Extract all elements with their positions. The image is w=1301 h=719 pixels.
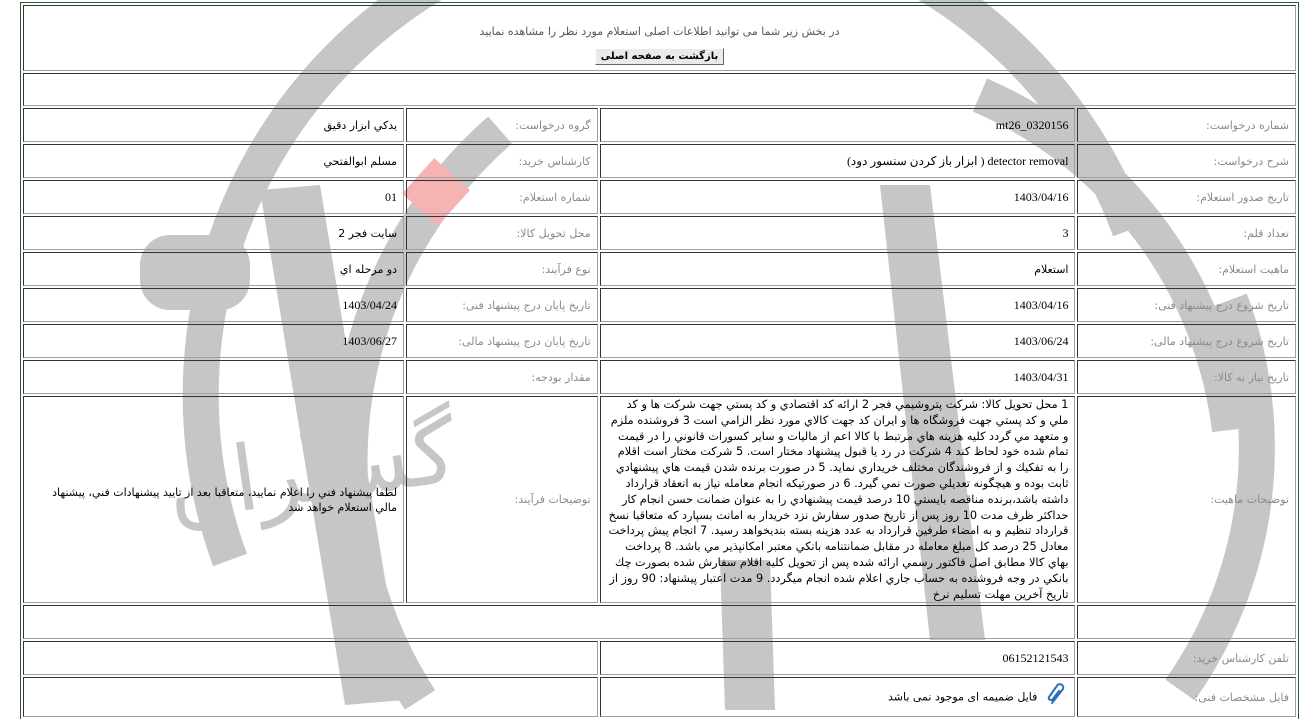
request-number-value: mt26_0320156: [600, 108, 1076, 142]
spacer-row: [23, 73, 1296, 106]
tech-end-value: 1403/04/24: [23, 288, 404, 322]
process-type-value: دو مرحله اي: [23, 252, 404, 286]
inquiry-type-label: ماهیت استعلام:: [1077, 252, 1296, 286]
nature-desc-value: 1 محل تحويل كالا: شركت پتروشيمي فجر 2 ار…: [600, 396, 1076, 603]
empty-cell: [23, 677, 598, 717]
fin-end-label: تاریخ پایان درج پیشنهاد مالی:: [406, 324, 598, 358]
fin-start-label: تاریخ شروع درج پیشنهاد مالی:: [1077, 324, 1296, 358]
tech-file-cell: فایل ضمیمه ای موجود نمی باشد: [600, 677, 1076, 717]
item-count-value: 3: [600, 216, 1076, 250]
buyer-phone-value: 06152121543: [600, 641, 1076, 675]
back-to-home-button[interactable]: بازگشت به صفحه اصلی: [595, 48, 725, 65]
tech-start-value: 1403/04/16: [600, 288, 1076, 322]
table-row: [23, 605, 1296, 639]
request-group-label: گروه درخواست:: [406, 108, 598, 142]
need-date-label: تاریخ نیاز به کالا:: [1077, 360, 1296, 394]
empty-label-cell: [1077, 605, 1296, 639]
empty-cell: [23, 641, 598, 675]
inquiry-details-table: در بخش زیر شما می توانید اطلاعات اصلی اس…: [20, 2, 1299, 719]
budget-label: مقدار بودجه:: [406, 360, 598, 394]
item-count-label: تعداد قلم:: [1077, 216, 1296, 250]
intro-text: در بخش زیر شما می توانید اطلاعات اصلی اس…: [30, 25, 1289, 38]
issue-date-label: تاریخ صدور استعلام:: [1077, 180, 1296, 214]
request-desc-label: شرح درخواست:: [1077, 144, 1296, 178]
request-number-label: شماره درخواست:: [1077, 108, 1296, 142]
budget-value: [23, 360, 404, 394]
table-row: 1403/06/27 تاریخ پایان درج پیشنهاد مالی:…: [23, 324, 1296, 358]
fin-end-value: 1403/06/27: [23, 324, 404, 358]
header-cell: در بخش زیر شما می توانید اطلاعات اصلی اس…: [23, 5, 1296, 71]
table-row: لطفا پيشنهاد فني را اعلام نماييد، متعاقب…: [23, 396, 1296, 603]
tech-file-label: فایل مشخصات فنی:: [1077, 677, 1296, 717]
table-row: 01 شماره استعلام: 1403/04/16 تاریخ صدور …: [23, 180, 1296, 214]
request-desc-value: detector removal ( ابزار باز کردن سنسور …: [600, 144, 1076, 178]
delivery-place-label: محل تحویل کالا:: [406, 216, 598, 250]
table-row: 06152121543 تلفن کارشناس خرید:: [23, 641, 1296, 675]
fin-start-value: 1403/06/24: [600, 324, 1076, 358]
empty-cell: [23, 605, 1075, 639]
tech-end-label: تاریخ پایان درج پیشنهاد فنی:: [406, 288, 598, 322]
no-attachment-text: فایل ضمیمه ای موجود نمی باشد: [888, 691, 1037, 704]
issue-date-value: 1403/04/16: [600, 180, 1076, 214]
process-type-label: نوع فرآیند:: [406, 252, 598, 286]
need-date-value: 1403/04/31: [600, 360, 1076, 394]
delivery-place-value: سايت فجر 2: [23, 216, 404, 250]
process-desc-label: توضیحات فرآیند:: [406, 396, 598, 603]
table-row: يدكي ابزار دقيق گروه درخواست: mt26_03201…: [23, 108, 1296, 142]
inquiry-type-value: استعلام: [600, 252, 1076, 286]
table-row: فایل ضمیمه ای موجود نمی باشد فایل مشخصات…: [23, 677, 1296, 717]
request-group-value: يدكي ابزار دقيق: [23, 108, 404, 142]
buyer-expert-value: مسلم ابوالفتحي: [23, 144, 404, 178]
table-row: دو مرحله اي نوع فرآیند: استعلام ماهیت اس…: [23, 252, 1296, 286]
tech-start-label: تاریخ شروع درج پیشنهاد فنی:: [1077, 288, 1296, 322]
nature-desc-label: توضیحات ماهیت:: [1077, 396, 1296, 603]
table-row: سايت فجر 2 محل تحویل کالا: 3 تعداد قلم:: [23, 216, 1296, 250]
inquiry-number-value: 01: [23, 180, 404, 214]
paperclip-icon[interactable]: [1046, 683, 1068, 711]
table-row: مقدار بودجه: 1403/04/31 تاریخ نیاز به کا…: [23, 360, 1296, 394]
inquiry-number-label: شماره استعلام:: [406, 180, 598, 214]
table-row: 1403/04/24 تاریخ پایان درج پیشنهاد فنی: …: [23, 288, 1296, 322]
buyer-phone-label: تلفن کارشناس خرید:: [1077, 641, 1296, 675]
process-desc-value: لطفا پيشنهاد فني را اعلام نماييد، متعاقب…: [23, 396, 404, 603]
table-row: مسلم ابوالفتحي کارشناس خرید: detector re…: [23, 144, 1296, 178]
buyer-expert-label: کارشناس خرید:: [406, 144, 598, 178]
